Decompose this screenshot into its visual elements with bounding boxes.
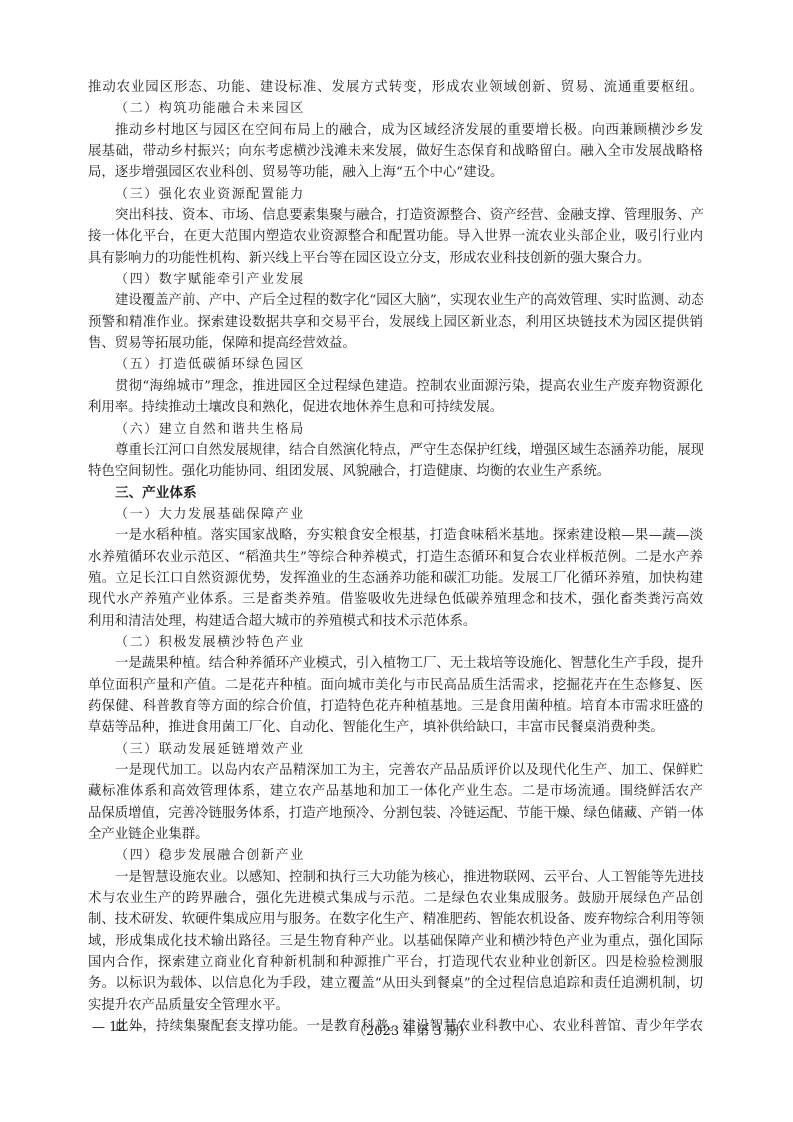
text-line: 术与农业生产的跨界融合，强化先进模式集成与示范。二是绿色农业集成服务。鼓励开展绿… xyxy=(88,888,703,909)
text-line: 实提升农产品质量安全管理水平。 xyxy=(88,995,703,1016)
text-line: 尊重长江河口自然发展规律，结合自然演化特点，严守生态保护红线，增强区域生态涵养功… xyxy=(88,440,703,461)
text-line: 接一体化平台，在更大范围内塑造农业资源整合和配置功能。导入世界一流农业头部企业，… xyxy=(88,226,703,247)
paragraph: 突出科技、资本、市场、信息要素集聚与融合，打造资源整合、资产经营、金融支撑、管理… xyxy=(88,205,703,269)
subsection-heading: （五）打造低碳循环绿色园区 xyxy=(88,354,703,375)
paragraph: 一是水稻种植。落实国家战略，夯实粮食安全根基，打造食味稻米基地。探索建设粮—果—… xyxy=(88,525,703,632)
text-line: 国内合作，探索建立商业化育种新机制和种源推广平台，打造现代农业种业创新区。四是检… xyxy=(88,952,703,973)
paragraph: 建设覆盖产前、产中、产后全过程的数字化“园区大脑”，实现农业生产的高效管理、实时… xyxy=(88,290,703,354)
text-line: 品保质增值，完善冷链服务体系，打造产地预冷、分割包装、冷链运配、节能干燥、绿色储… xyxy=(88,803,703,824)
text-line: 殖。立足长江口自然资源优势，发挥渔业的生态涵养功能和碳汇功能。发展工厂化循环养殖… xyxy=(88,568,703,589)
text-line: 具有影响力的功能性机构、新兴线上平台等在园区设立分支，形成农业科技创新的强大聚合… xyxy=(88,248,703,269)
page-footer: — 12 — （2023 年第 3 期） xyxy=(88,1020,703,1042)
paragraph: 一是蔬果种植。结合种养循环产业模式，引入植物工厂、无土栽培等设施化、智慧化生产手… xyxy=(88,653,703,738)
subsection-heading: （二）积极发展横沙特色产业 xyxy=(88,632,703,653)
text-line: 突出科技、资本、市场、信息要素集聚与融合，打造资源整合、资产经营、金融支撑、管理… xyxy=(88,205,703,226)
paragraph: 推动乡村地区与园区在空间布局上的融合，成为区域经济发展的重要增长极。向西兼顾横沙… xyxy=(88,120,703,184)
text-line: 建设覆盖产前、产中、产后全过程的数字化“园区大脑”，实现农业生产的高效管理、实时… xyxy=(88,290,703,311)
text-line: 展基础，带动乡村振兴；向东考虑横沙浅滩未来发展，做好生态保育和战略留白。融入全市… xyxy=(88,141,703,162)
issue-label: （2023 年第 3 期） xyxy=(353,1020,472,1039)
text-line: 利用率。持续推动土壤改良和熟化，促进农地休养生息和可持续发展。 xyxy=(88,397,703,418)
text-line: 草菇等品种，推进食用菌工厂化、自动化、智能化生产，填补供给缺口，丰富市民餐桌消费… xyxy=(88,717,703,738)
subsection-heading: （四）数字赋能牵引产业发展 xyxy=(88,269,703,290)
text-line: 推动乡村地区与园区在空间布局上的融合，成为区域经济发展的重要增长极。向西兼顾横沙… xyxy=(88,120,703,141)
text-line: 药保健、科普教育等方面的综合价值，打造特色花卉种植基地。三是食用菌种植。培育本市… xyxy=(88,696,703,717)
document-body: 推动农业园区形态、功能、建设标准、发展方式转变，形成农业领域创新、贸易、流通重要… xyxy=(88,77,703,1037)
text-line: 推动农业园区形态、功能、建设标准、发展方式转变，形成农业领域创新、贸易、流通重要… xyxy=(88,77,703,98)
page-number: — 12 — xyxy=(92,1020,143,1035)
subsection-heading: （二）构筑功能融合未来园区 xyxy=(88,98,703,119)
text-line: 现代水产养殖产业体系。三是畜类养殖。借鉴吸收先进绿色低碳养殖理念和技术，强化畜类… xyxy=(88,589,703,610)
text-line: 一是蔬果种植。结合种养循环产业模式，引入植物工厂、无土栽培等设施化、智慧化生产手… xyxy=(88,653,703,674)
text-line: 水养殖循环农业示范区、“稻渔共生”等综合种养模式，打造生态循环和复合农业样板范例… xyxy=(88,547,703,568)
text-line: 局，逐步增强园区农业科创、贸易等功能，融入上海“五个中心”建设。 xyxy=(88,162,703,183)
text-line: 利用和清洁处理，构建适合超大城市的养殖模式和技术示范体系。 xyxy=(88,611,703,632)
text-line: 单位面积产量和产值。二是花卉种植。面向城市美化与市民高品质生活需求，挖掘花卉在生… xyxy=(88,675,703,696)
text-line: 一是水稻种植。落实国家战略，夯实粮食安全根基，打造食味稻米基地。探索建设粮—果—… xyxy=(88,525,703,546)
text-line: 制、技术研发、软硬件集成应用与服务。在数字化生产、精准肥药、智能农机设备、废弃物… xyxy=(88,909,703,930)
subsection-heading: （六）建立自然和谐共生格局 xyxy=(88,419,703,440)
text-line: 务。以标识为载体、以信息化为手段，建立覆盖“从田头到餐桌”的全过程信息追踪和责任… xyxy=(88,973,703,994)
paragraph: 一是智慧设施农业。以感知、控制和执行三大功能为核心，推进物联网、云平台、人工智能… xyxy=(88,867,703,1016)
paragraph: 推动农业园区形态、功能、建设标准、发展方式转变，形成农业领域创新、贸易、流通重要… xyxy=(88,77,703,98)
text-line: 贯彻“海绵城市”理念，推进园区全过程绿色建造。控制农业面源污染，提高农业生产废弃… xyxy=(88,376,703,397)
text-line: 全产业链企业集群。 xyxy=(88,824,703,845)
text-line: 特色空间韧性。强化功能协同、组团发展、风貌融合，打造健康、均衡的农业生产系统。 xyxy=(88,461,703,482)
text-line: 售、贸易等拓展功能，保障和提高经营效益。 xyxy=(88,333,703,354)
paragraph: 尊重长江河口自然发展规律，结合自然演化特点，严守生态保护红线，增强区域生态涵养功… xyxy=(88,440,703,483)
section-heading: 三、产业体系 xyxy=(88,483,703,504)
text-line: 预警和精准作业。探索建设数据共享和交易平台，发展线上园区新业态，利用区块链技术为… xyxy=(88,312,703,333)
text-line: 一是智慧设施农业。以感知、控制和执行三大功能为核心，推进物联网、云平台、人工智能… xyxy=(88,867,703,888)
subsection-heading: （三）联动发展延链增效产业 xyxy=(88,739,703,760)
subsection-heading: （一）大力发展基础保障产业 xyxy=(88,504,703,525)
text-line: 域，形成集成化技术输出路径。三是生物育种产业。以基础保障产业和横沙特色产业为重点… xyxy=(88,931,703,952)
text-line: 一是现代加工。以岛内农产品精深加工为主，完善农产品品质评价以及现代化生产、加工、… xyxy=(88,760,703,781)
paragraph: 一是现代加工。以岛内农产品精深加工为主，完善农产品品质评价以及现代化生产、加工、… xyxy=(88,760,703,845)
subsection-heading: （三）强化农业资源配置能力 xyxy=(88,184,703,205)
paragraph: 贯彻“海绵城市”理念，推进园区全过程绿色建造。控制农业面源污染，提高农业生产废弃… xyxy=(88,376,703,419)
text-line: 藏标准体系和高效管理体系，建立农产品基地和加工一体化产业生态。二是市场流通。围绕… xyxy=(88,781,703,802)
subsection-heading: （四）稳步发展融合创新产业 xyxy=(88,845,703,866)
